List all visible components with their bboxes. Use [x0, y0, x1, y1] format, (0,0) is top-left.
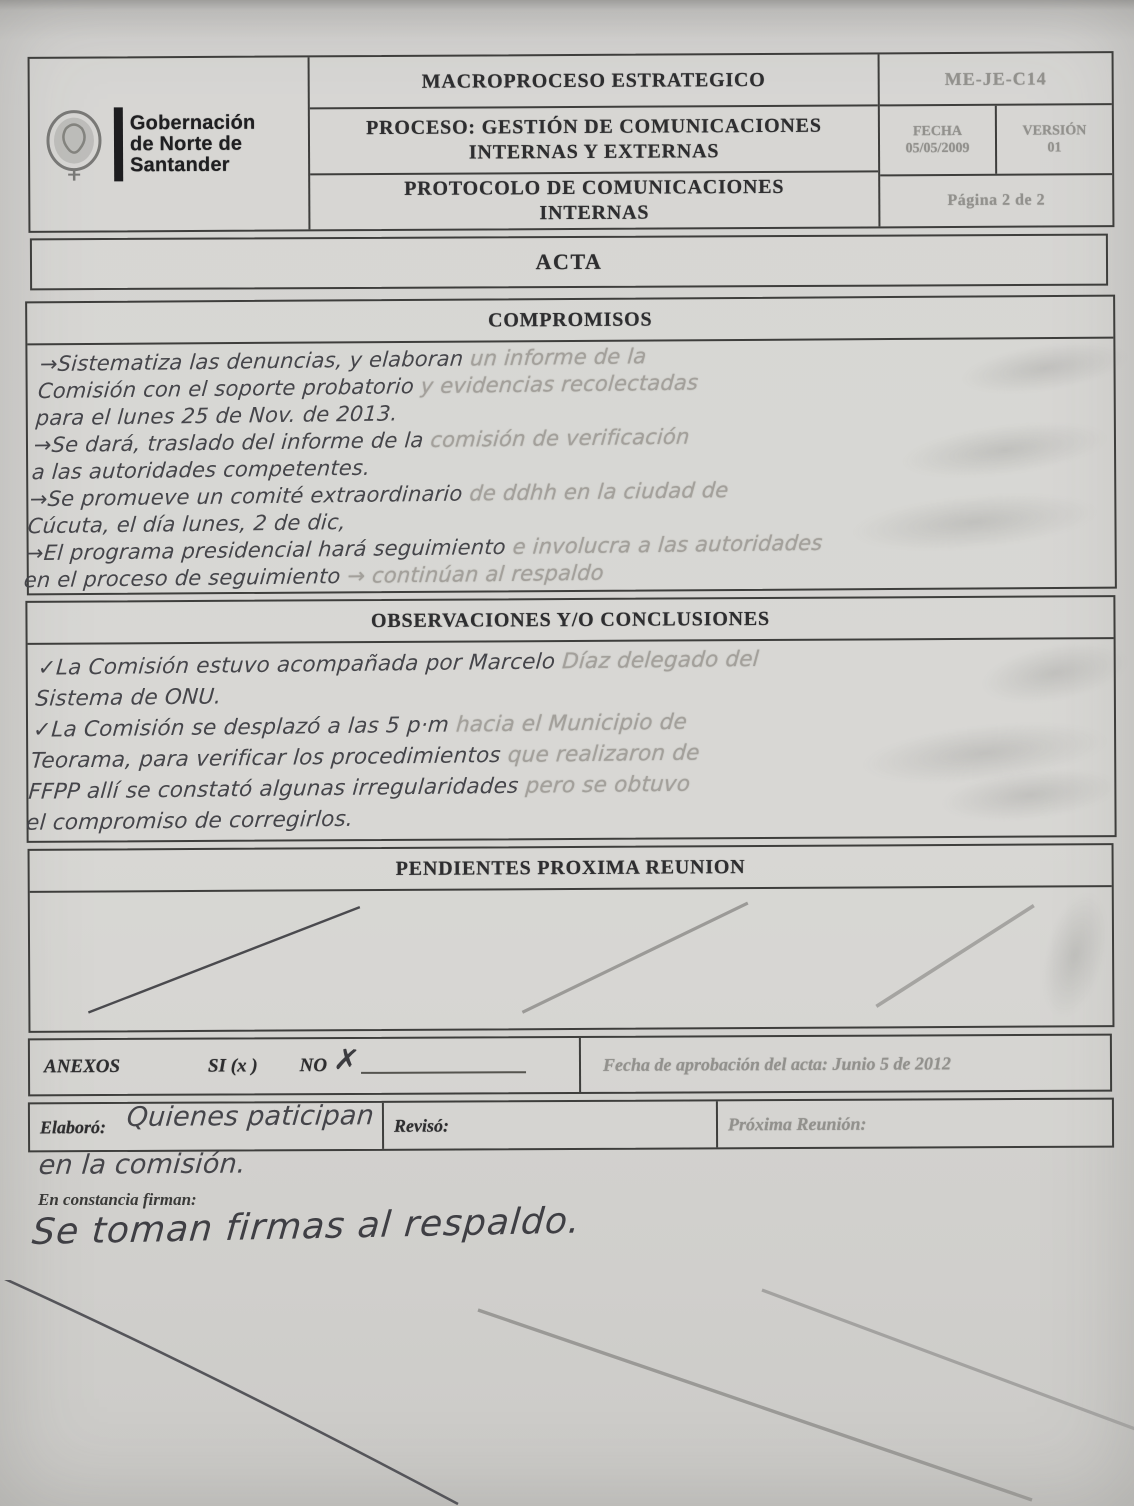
- proxima-reunion-cell: Próxima Reunión:: [716, 1100, 1112, 1148]
- pendientes-empty-area: [30, 887, 1113, 1027]
- line-text: ✓La Comisión estuvo acompañada por Marce…: [37, 649, 563, 680]
- pendientes-header: PENDIENTES PROXIMA REUNION: [30, 845, 1112, 893]
- proxima-reunion-label: Próxima Reunión:: [728, 1113, 867, 1135]
- logo-line: Gobernación: [130, 112, 256, 134]
- line-text-faded: de ddhh en la ciudad de: [469, 478, 730, 505]
- anexos-no-label: NO: [300, 1055, 328, 1076]
- line-text: Sistema de ONU.: [35, 684, 223, 711]
- line-text-faded: e involucra a las autoridades: [512, 531, 824, 559]
- anexos-label: ANEXOS: [44, 1056, 120, 1078]
- line-text-faded: hacia el Municipio de: [455, 710, 688, 738]
- version-value: 01: [1047, 139, 1061, 156]
- line-text-faded: y evidencias recolectadas: [420, 371, 699, 399]
- line-text: Cúcuta, el día lunes, 2 de dic,: [27, 510, 347, 538]
- anexos-si-option: SI (x ): [208, 1055, 258, 1077]
- compromisos-section: COMPROMISOS →Sistematiza las denuncias, …: [25, 295, 1117, 596]
- line-text-faded: que realizaron de: [507, 741, 701, 768]
- pendientes-title: PENDIENTES PROXIMA REUNION: [396, 856, 746, 881]
- anexos-left-cell: ANEXOS SI (x ) NO ✗: [30, 1038, 579, 1094]
- acta-title-bar: ACTA: [30, 234, 1108, 291]
- protocolo-title-line2: INTERNAS: [539, 201, 649, 227]
- header-table: Gobernación de Norte de Santander MACROP…: [28, 51, 1115, 233]
- proceso-title-line2: INTERNAS Y EXTERNAS: [469, 139, 720, 165]
- compromisos-handwriting: →Sistematiza las denuncias, y elaboran u…: [9, 331, 1114, 594]
- logo-line: Santander: [130, 154, 256, 176]
- handwritten-x-mark: ✗: [331, 1041, 361, 1079]
- protocolo-title-line1: PROTOCOLO DE COMUNICACIONES: [404, 175, 784, 202]
- fecha-label: FECHA: [913, 123, 962, 140]
- fecha-cell: FECHA 05/05/2009: [880, 106, 997, 175]
- acta-title: ACTA: [536, 249, 603, 275]
- line-text: Teorama, para verificar los procedimient…: [30, 743, 509, 774]
- header-process-column: MACROPROCESO ESTRATEGICO PROCESO: GESTIÓ…: [310, 54, 879, 229]
- version-label: VERSIÓN: [1022, 122, 1086, 139]
- line-text: →Se dará, traslado del informe de la: [33, 428, 431, 457]
- fecha-value: 05/05/2009: [906, 140, 970, 157]
- line-text-faded: comisión de verificación: [430, 425, 691, 452]
- logo-cell: Gobernación de Norte de Santander: [30, 57, 311, 230]
- line-text-faded: pero se obtuvo: [525, 772, 691, 799]
- document-code: ME-JE-C14: [880, 53, 1112, 106]
- line-text-faded: un informe de la: [469, 344, 647, 370]
- anexos-fecha-cell: Fecha de aprobación del acta: Junio 5 de…: [579, 1036, 1110, 1092]
- line-text: →El programa presidencial hará seguimien…: [25, 535, 514, 565]
- elaboro-label: Elaboró:: [40, 1117, 106, 1138]
- proceso-title-line1: PROCESO: GESTIÓN DE COMUNICACIONES: [366, 114, 822, 141]
- macroproceso-row: MACROPROCESO ESTRATEGICO: [310, 54, 878, 109]
- pendientes-section: PENDIENTES PROXIMA REUNION: [28, 843, 1115, 1033]
- elaboro-handwriting-line2: en la comisión.: [38, 1149, 248, 1181]
- observaciones-handwriting: ✓La Comisión estuvo acompañada por Marce…: [13, 632, 1114, 839]
- fecha-aprobacion-text: Fecha de aprobación del acta: Junio 5 de…: [603, 1053, 951, 1076]
- line-text: a las autoridades competentes.: [31, 456, 371, 484]
- gobernacion-crest-icon: [42, 104, 108, 184]
- line-text: →Se promueve un comité extraordinario: [29, 481, 470, 511]
- macroproceso-title: MACROPROCESO ESTRATEGICO: [422, 67, 766, 94]
- elaboro-handwriting: Quienes paticipan: [126, 1100, 459, 1133]
- bottom-pencil-lines: [0, 1280, 1134, 1506]
- line-text: FFPP allí se constató algunas irregulari…: [28, 774, 527, 805]
- logo-line: de Norte de: [130, 133, 256, 155]
- header-meta-column: ME-JE-C14 FECHA 05/05/2009 VERSIÓN 01 Pá…: [878, 53, 1113, 226]
- line-text-faded: Díaz delegado del: [561, 647, 760, 674]
- anexos-blank-line: [361, 1071, 526, 1074]
- protocolo-row: PROTOCOLO DE COMUNICACIONES INTERNAS: [310, 172, 878, 229]
- version-cell: VERSIÓN 01: [997, 105, 1112, 174]
- line-text: ✓La Comisión se desplazó a las 5 p·m: [32, 713, 457, 743]
- line-text: en el proceso de seguimiento: [23, 564, 348, 592]
- line-text: el compromiso de corregirlos.: [25, 807, 354, 836]
- logo-divider-bar: [114, 107, 123, 181]
- proceso-row: PROCESO: GESTIÓN DE COMUNICACIONES INTER…: [310, 106, 878, 175]
- fecha-version-row: FECHA 05/05/2009 VERSIÓN 01: [880, 105, 1112, 176]
- page-number: Página 2 de 2: [880, 175, 1112, 226]
- line-text: →Sistematiza las denuncias, y elaboran: [39, 347, 471, 377]
- logo-wordmark: Gobernación de Norte de Santander: [130, 112, 256, 176]
- observaciones-section: OBSERVACIONES Y/O CONCLUSIONES ✓La Comis…: [25, 595, 1116, 843]
- anexos-row: ANEXOS SI (x ) NO ✗ Fecha de aprobación …: [28, 1034, 1112, 1097]
- pencil-slash-marks: [30, 887, 1107, 1027]
- compromisos-title: COMPROMISOS: [488, 308, 652, 332]
- line-text: para el lunes 25 de Nov. de 2013.: [35, 401, 398, 430]
- anexos-no-option: NO ✗: [300, 1055, 328, 1077]
- constancia-label: En constancia firman:: [38, 1190, 197, 1210]
- line-text-faded: → continúan al respaldo: [347, 561, 605, 588]
- observaciones-title: OBSERVACIONES Y/O CONCLUSIONES: [371, 607, 770, 632]
- line-text: Comisión con el soporte probatorio: [37, 374, 422, 403]
